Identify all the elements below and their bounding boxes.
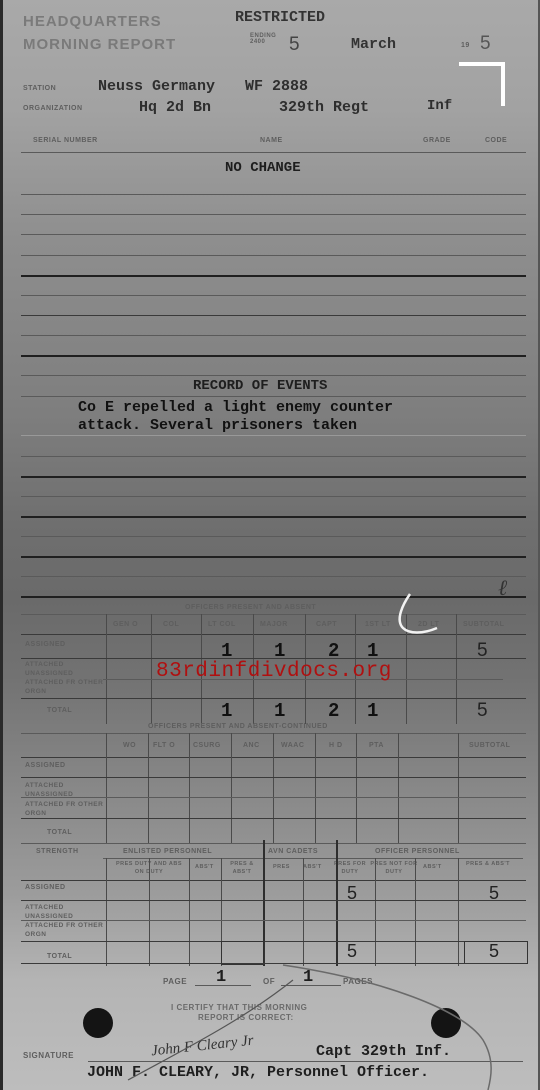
station-label: STATION bbox=[23, 85, 56, 92]
cont-col-csurg: CSURG bbox=[193, 742, 221, 749]
organization-arm: Inf bbox=[427, 98, 452, 114]
sub-cadets-pres: PRES bbox=[273, 864, 290, 870]
sub-officer-pres-abst: PRES & ABS'T bbox=[458, 860, 518, 868]
cont-col-waac: WAAC bbox=[281, 742, 304, 749]
rule bbox=[21, 476, 526, 478]
col-name: NAME bbox=[260, 137, 283, 144]
morning-report-document: HEADQUARTERS MORNING REPORT RESTRICTED E… bbox=[0, 0, 540, 1090]
strength-title: STRENGTH bbox=[36, 848, 79, 855]
event-line-2: attack. Several prisoners taken bbox=[78, 417, 357, 434]
rule bbox=[21, 777, 526, 778]
col-divider bbox=[315, 733, 316, 843]
rule bbox=[103, 858, 523, 859]
rule bbox=[21, 295, 526, 296]
col-divider bbox=[356, 733, 357, 843]
sub-enlisted-pres-abst: PRES & ABS'T bbox=[225, 860, 259, 876]
col-serial-number: SERIAL NUMBER bbox=[33, 137, 98, 144]
officers-row-label-attached: ATTACHED UNASSIGNED ATTACHED FR OTHER OR… bbox=[25, 660, 105, 696]
binder-hole-left bbox=[83, 1008, 113, 1038]
rule bbox=[21, 375, 526, 376]
rule bbox=[21, 818, 526, 819]
col-divider bbox=[189, 733, 190, 843]
rule bbox=[21, 797, 526, 798]
form-title-line2: MORNING REPORT bbox=[23, 36, 176, 53]
rule bbox=[21, 920, 526, 921]
rule bbox=[21, 194, 526, 195]
col-divider bbox=[458, 733, 459, 843]
ending-label: ENDING 2400 bbox=[250, 33, 280, 45]
sub-officer-pres-duty: PRES FOR DUTY bbox=[333, 860, 367, 876]
col-divider bbox=[303, 858, 304, 966]
rule bbox=[21, 234, 526, 235]
sub-enlisted-abst: ABS'T bbox=[195, 864, 214, 870]
rule bbox=[21, 275, 526, 277]
col-code: CODE bbox=[485, 137, 507, 144]
rule bbox=[21, 152, 526, 153]
rule bbox=[21, 516, 526, 518]
officers-row-label-assigned: ASSIGNED bbox=[25, 641, 66, 648]
col-divider bbox=[273, 733, 274, 843]
col-divider bbox=[336, 840, 338, 966]
organization-unit: Hq 2d Bn bbox=[139, 99, 211, 116]
rule bbox=[21, 255, 526, 256]
cont-row-label-attached-other: ATTACHED FR OTHER ORGN bbox=[25, 800, 105, 818]
col-divider bbox=[456, 614, 457, 724]
rule bbox=[21, 698, 526, 699]
officers-table-title: OFFICERS PRESENT AND ABSENT bbox=[185, 604, 316, 611]
rule bbox=[21, 536, 526, 537]
cont-row-label-assigned: ASSIGNED bbox=[25, 762, 66, 769]
rule bbox=[21, 843, 526, 844]
rule bbox=[21, 396, 526, 397]
group-enlisted: ENLISTED PERSONNEL bbox=[123, 848, 212, 855]
no-change-entry: NO CHANGE bbox=[225, 160, 301, 176]
year-label: 19 bbox=[461, 42, 470, 49]
group-avn-cadets: AVN CADETS bbox=[268, 848, 318, 855]
cont-col-flt-o: FLT O bbox=[153, 742, 175, 749]
col-divider bbox=[398, 733, 399, 843]
rule bbox=[21, 941, 526, 942]
rule bbox=[21, 556, 526, 558]
strength-total-officer-pres-duty: 5 bbox=[347, 941, 357, 962]
col-divider bbox=[148, 733, 149, 843]
cont-col-subtotal: SUBTOTAL bbox=[469, 742, 510, 749]
grid-reference: WF 2888 bbox=[245, 78, 308, 95]
film-scratch-mark bbox=[395, 592, 445, 642]
officers-total-1st-lt: 1 bbox=[367, 700, 378, 722]
group-officer-personnel: OFFICER PERSONNEL bbox=[375, 848, 460, 855]
cont-col-hd: H D bbox=[329, 742, 343, 749]
rule bbox=[21, 214, 526, 215]
station-value: Neuss Germany bbox=[98, 78, 215, 95]
report-year: 5 bbox=[480, 33, 491, 55]
strength-total-officer-total: 5 bbox=[489, 941, 499, 962]
officers-col-1st-lt: 1ST LT bbox=[365, 621, 391, 628]
cont-col-pta: PTA bbox=[369, 742, 384, 749]
rule bbox=[21, 496, 526, 497]
col-grade: GRADE bbox=[423, 137, 451, 144]
officers-col-gen-o: GEN O bbox=[113, 621, 138, 628]
strength-row-label-total: TOTAL bbox=[47, 953, 72, 960]
watermark-text: 83rdinfdivdocs.org bbox=[156, 660, 392, 683]
report-day: 5 bbox=[289, 34, 300, 56]
rule bbox=[21, 456, 526, 457]
rule bbox=[21, 658, 526, 659]
rule bbox=[21, 900, 526, 901]
rule bbox=[21, 614, 526, 615]
col-divider bbox=[106, 614, 107, 724]
officers-col-col: COL bbox=[163, 621, 179, 628]
handwritten-mark: ℓ bbox=[498, 575, 507, 601]
rule bbox=[21, 335, 526, 336]
strength-row-label-attached: ATTACHED UNASSIGNED ATTACHED FR OTHER OR… bbox=[25, 903, 107, 939]
col-divider bbox=[189, 858, 190, 966]
sub-cadets-abst: ABS'T bbox=[303, 864, 322, 870]
crop-corner-mark bbox=[459, 62, 505, 106]
officers-col-lt-col: LT COL bbox=[208, 621, 236, 628]
col-divider bbox=[231, 733, 232, 843]
officers-row-label-total: TOTAL bbox=[47, 707, 72, 714]
report-month: March bbox=[351, 36, 396, 53]
col-divider bbox=[415, 858, 416, 966]
rule bbox=[21, 634, 526, 635]
officers-col-major: MAJOR bbox=[260, 621, 288, 628]
officers-total-major: 1 bbox=[274, 700, 285, 722]
organization-label: ORGANIZATION bbox=[23, 105, 83, 112]
rule bbox=[21, 596, 526, 598]
signature-label: SIGNATURE bbox=[23, 1051, 74, 1060]
col-divider bbox=[375, 858, 376, 966]
event-line-1: Co E repelled a light enemy counter bbox=[78, 399, 393, 416]
officers-total-lt-col: 1 bbox=[221, 700, 232, 722]
rule bbox=[21, 880, 526, 881]
sub-officer-pres-not-duty: PRES NOT FOR DUTY bbox=[369, 860, 419, 876]
sub-officer-abst: ABS'T bbox=[423, 864, 442, 870]
record-of-events-title: RECORD OF EVENTS bbox=[193, 378, 327, 394]
form-title-line1: HEADQUARTERS bbox=[23, 13, 162, 30]
cont-col-wo: WO bbox=[123, 742, 136, 749]
col-divider bbox=[149, 858, 150, 966]
officers-total-capt: 2 bbox=[328, 700, 339, 722]
col-divider bbox=[106, 733, 107, 843]
strength-row-label-assigned: ASSIGNED bbox=[25, 884, 66, 891]
officers-col-capt: CAPT bbox=[316, 621, 337, 628]
rule bbox=[21, 435, 526, 436]
officers-continued-title: OFFICERS PRESENT AND ABSENT-CONTINUED bbox=[148, 723, 328, 730]
officers-col-subtotal: SUBTOTAL bbox=[463, 621, 504, 628]
rule bbox=[21, 315, 526, 316]
classification-stamp: RESTRICTED bbox=[235, 9, 325, 26]
rule bbox=[21, 576, 526, 577]
rule bbox=[21, 355, 526, 357]
cont-col-anc: ANC bbox=[243, 742, 260, 749]
col-divider bbox=[151, 614, 152, 724]
curved-scratch bbox=[123, 960, 523, 1090]
organization-regiment: 329th Regt bbox=[279, 99, 369, 116]
officers-total-subtotal: 5 bbox=[477, 700, 488, 722]
cont-row-label-total: TOTAL bbox=[47, 829, 72, 836]
col-divider bbox=[458, 858, 459, 966]
